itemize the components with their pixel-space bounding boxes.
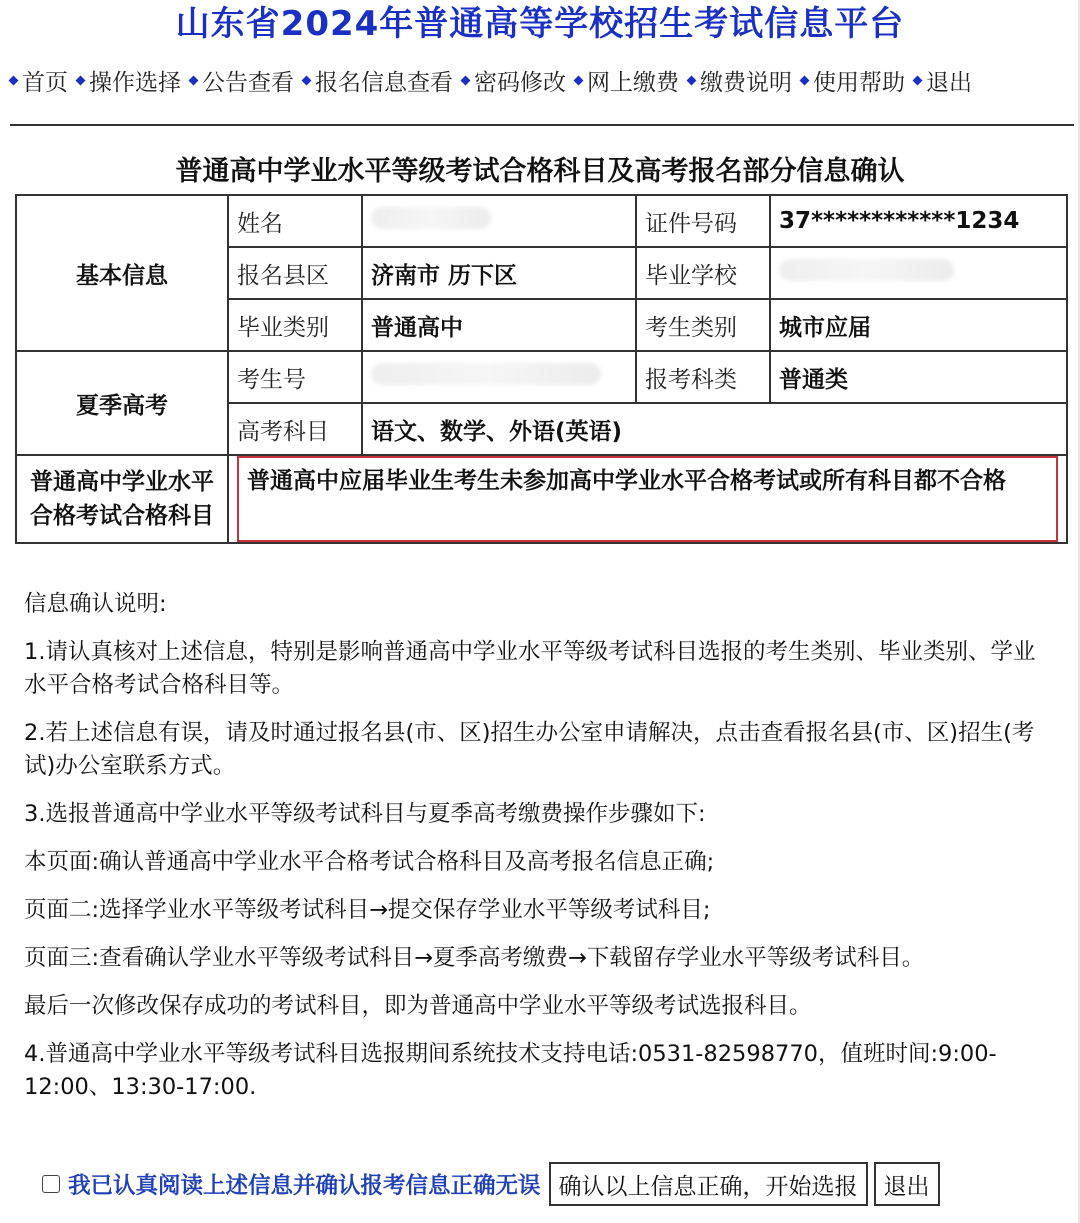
nav-label: 使用帮助 xyxy=(813,64,905,97)
pass-subjects-value: 普通高中应届毕业生考生未参加高中学业水平合格考试或所有科目都不合格 xyxy=(237,456,1058,542)
school-label: 毕业学校 xyxy=(636,247,770,299)
step-page-3: 页面三:查看确认学业水平等级考试科目→夏季高考缴费→下载留存学业水平等级考试科目… xyxy=(24,942,1054,975)
id-number-label: 证件号码 xyxy=(636,195,770,247)
nav-payment-instructions[interactable]: 缴费说明 xyxy=(688,64,792,97)
section-pass-subjects: 普通高中学业水平合格考试合格科目 xyxy=(16,455,228,543)
name-value xyxy=(362,195,636,247)
nav-logout[interactable]: 退出 xyxy=(914,64,972,97)
table-row: 基本信息 姓名 证件号码 37************1234 xyxy=(16,195,1067,247)
note-item-1: 1.请认真核对上述信息，特别是影响普通高中学业水平等级考试科目选报的考生类别、毕… xyxy=(24,636,1054,702)
exam-category-value: 普通类 xyxy=(770,351,1067,403)
nav-label: 首页 xyxy=(22,64,68,97)
page-title: 普通高中学业水平等级考试合格科目及高考报名部分信息确认 xyxy=(0,152,1080,192)
diamond-bullet-icon xyxy=(76,75,86,85)
nav-help[interactable]: 使用帮助 xyxy=(801,64,905,97)
diamond-bullet-icon xyxy=(189,75,199,85)
step-page-2: 页面二:选择学业水平等级考试科目→提交保存学业水平等级考试科目; xyxy=(24,894,1054,927)
header-divider xyxy=(10,124,1074,126)
notes-heading: 信息确认说明: xyxy=(24,588,1054,621)
county-value: 济南市 历下区 xyxy=(362,247,636,299)
top-nav: 首页 操作选择 公告查看 报名信息查看 密码修改 网上缴费 缴费说明 使用帮助 … xyxy=(10,62,1080,98)
nav-label: 网上缴费 xyxy=(587,64,679,97)
step-this-page: 本页面:确认普通高中学业水平合格考试合格科目及高考报名信息正确; xyxy=(24,846,1054,879)
nav-label: 缴费说明 xyxy=(700,64,792,97)
exit-button[interactable]: 退出 xyxy=(874,1162,940,1206)
section-summer-exam: 夏季高考 xyxy=(16,351,228,455)
exam-subjects-value: 语文、数学、外语(英语) xyxy=(362,403,1067,455)
nav-registration-info[interactable]: 报名信息查看 xyxy=(303,64,453,97)
table-row: 普通高中学业水平合格考试合格科目 普通高中应届毕业生考生未参加高中学业水平合格考… xyxy=(16,455,1067,543)
school-value xyxy=(770,247,1067,299)
nav-announcements[interactable]: 公告查看 xyxy=(190,64,294,97)
redacted-exam-number xyxy=(371,363,601,385)
site-title: 山东省2024年普通高等学校招生考试信息平台 xyxy=(0,2,1080,46)
info-table: 基本信息 姓名 证件号码 37************1234 报名县区 济南市… xyxy=(15,194,1068,544)
nav-label: 密码修改 xyxy=(474,64,566,97)
exam-category-label: 报考科类 xyxy=(636,351,770,403)
nav-label: 操作选择 xyxy=(89,64,181,97)
note-item-4: 4.普通高中学业水平等级考试科目选报期间系统技术支持电话:0531-825987… xyxy=(24,1038,1054,1104)
agree-checkbox[interactable] xyxy=(42,1175,60,1193)
redacted-school xyxy=(779,259,954,281)
nav-online-payment[interactable]: 网上缴费 xyxy=(575,64,679,97)
section-basic-info: 基本信息 xyxy=(16,195,228,351)
diamond-bullet-icon xyxy=(687,75,697,85)
nav-operation-select[interactable]: 操作选择 xyxy=(77,64,181,97)
confirm-footer: 我已认真阅读上述信息并确认报考信息正确无误 确认以上信息正确，开始选报 退出 xyxy=(42,1164,946,1204)
student-type-value: 城市应届 xyxy=(770,299,1067,351)
name-label: 姓名 xyxy=(228,195,362,247)
exam-number-label: 考生号 xyxy=(228,351,362,403)
nav-label: 报名信息查看 xyxy=(315,64,453,97)
graduation-type-value: 普通高中 xyxy=(362,299,636,351)
table-row: 夏季高考 考生号 报考科类 普通类 xyxy=(16,351,1067,403)
confirm-start-button[interactable]: 确认以上信息正确，开始选报 xyxy=(549,1162,868,1206)
agree-label[interactable]: 我已认真阅读上述信息并确认报考信息正确无误 xyxy=(68,1168,541,1200)
confirmation-notes: 信息确认说明: 1.请认真核对上述信息，特别是影响普通高中学业水平等级考试科目选… xyxy=(24,588,1054,1119)
diamond-bullet-icon xyxy=(574,75,584,85)
diamond-bullet-icon xyxy=(913,75,923,85)
nav-label: 退出 xyxy=(926,64,972,97)
note-item-2-text: 2.若上述信息有误，请及时通过报名县(市、区)招生办公室申请解决， xyxy=(24,720,716,746)
last-modified-note: 最后一次修改保存成功的考试科目，即为普通高中学业水平等级考试选报科目。 xyxy=(24,990,1054,1023)
graduation-type-label: 毕业类别 xyxy=(228,299,362,351)
exam-number-value xyxy=(362,351,636,403)
nav-label: 公告查看 xyxy=(202,64,294,97)
diamond-bullet-icon xyxy=(302,75,312,85)
exam-subjects-label: 高考科目 xyxy=(228,403,362,455)
diamond-bullet-icon xyxy=(800,75,810,85)
id-number-value: 37************1234 xyxy=(770,195,1067,247)
nav-change-password[interactable]: 密码修改 xyxy=(462,64,566,97)
redacted-name xyxy=(371,207,491,229)
note-item-3: 3.选报普通高中学业水平等级考试科目与夏季高考缴费操作步骤如下: xyxy=(24,798,1054,831)
note-item-2: 2.若上述信息有误，请及时通过报名县(市、区)招生办公室申请解决，点击查看报名县… xyxy=(24,717,1054,783)
pass-subjects-cell: 普通高中应届毕业生考生未参加高中学业水平合格考试或所有科目都不合格 xyxy=(228,455,1067,543)
nav-home[interactable]: 首页 xyxy=(10,64,68,97)
student-type-label: 考生类别 xyxy=(636,299,770,351)
diamond-bullet-icon xyxy=(9,75,19,85)
county-label: 报名县区 xyxy=(228,247,362,299)
diamond-bullet-icon xyxy=(461,75,471,85)
